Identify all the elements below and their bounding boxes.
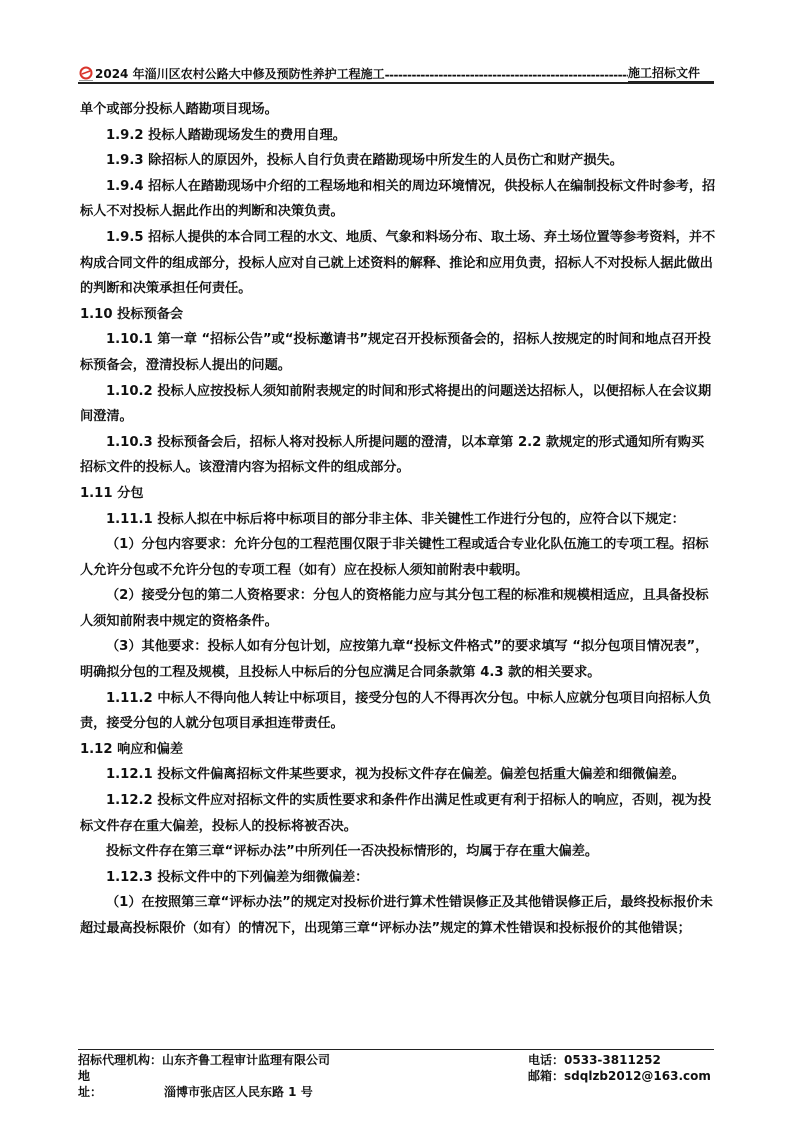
footer-row-address: 地址：淄博市张店区人民东路 1 号 邮箱：sdqlzb2012@163.com: [78, 1068, 714, 1100]
clause-1-9-2: 1.9.2 投标人踏勘现场发生的费用自理。: [80, 123, 716, 149]
page-header: 2024 年淄川区农村公路大中修及预防性养护工程施工 -------------…: [78, 60, 714, 84]
address-value: 淄博市张店区人民东路 1 号: [164, 1085, 313, 1099]
clause-1-9-3: 1.9.3 除招标人的原因外，投标人自行负责在踏勘现场中所发生的人员伤亡和财产损…: [80, 148, 716, 174]
clause-1-9-4: 1.9.4 招标人在踏勘现场中介绍的工程场地和相关的周边环境情况，供投标人在编制…: [80, 174, 716, 225]
section-heading-1-11: 1.11 分包: [80, 481, 716, 507]
subclause-1-12-3-1: （1）在按照第三章“评标办法”的规定对投标价进行算术性错误修正及其他错误修正后，…: [80, 890, 716, 941]
company-logo-icon: [78, 66, 94, 82]
subclause-1-11-1-2: （2）接受分包的第二人资格要求：分包人的资格能力应与其分包工程的标准和规模相适应…: [80, 583, 716, 634]
clause-1-9-5: 1.9.5 招标人提供的本合同工程的水文、地质、气象和料场分布、取土场、弃土场位…: [80, 225, 716, 302]
agency-name: 山东齐鲁工程审计监理有限公司: [162, 1053, 330, 1067]
clause-1-12-2: 1.12.2 投标文件应对招标文件的实质性要求和条件作出满足性或更有利于招标人的…: [80, 788, 716, 839]
section-heading-1-10: 1.10 投标预备会: [80, 302, 716, 328]
agency-label: 招标代理机构：: [78, 1053, 162, 1067]
subclause-1-11-1-3: （3）其他要求：投标人如有分包计划，应按第九章“投标文件格式”的要求填写 “拟分…: [80, 634, 716, 685]
document-type: 施工招标文件: [628, 64, 714, 82]
document-body: 单个或部分投标人踏勘项目现场。 1.9.2 投标人踏勘现场发生的费用自理。 1.…: [80, 97, 716, 942]
document-title: 2024 年淄川区农村公路大中修及预防性养护工程施工: [95, 65, 385, 82]
clause-1-11-2: 1.11.2 中标人不得向他人转让中标项目，接受分包的人不得再次分包。中标人应就…: [80, 686, 716, 737]
email-address[interactable]: sdqlzb2012@163.com: [564, 1069, 711, 1083]
section-heading-1-12: 1.12 响应和偏差: [80, 737, 716, 763]
subclause-1-11-1-1: （1）分包内容要求：允许分包的工程范围仅限于非关键性工程或适合专业化队伍施工的专…: [80, 532, 716, 583]
address-label-b: 址：: [78, 1085, 102, 1099]
email-label: 邮箱：: [528, 1069, 564, 1083]
paragraph-continuation: 单个或部分投标人踏勘项目现场。: [80, 97, 716, 123]
clause-1-12-3: 1.12.3 投标文件中的下列偏差为细微偏差：: [80, 865, 716, 891]
clause-1-10-2: 1.10.2 投标人应按投标人须知前附表规定的时间和形式将提出的问题送达招标人，…: [80, 379, 716, 430]
page-footer: 招标代理机构：山东齐鲁工程审计监理有限公司 电话：0533-3811252 地址…: [78, 1049, 714, 1100]
phone-number: 0533-3811252: [564, 1053, 661, 1067]
clause-1-10-3: 1.10.3 投标预备会后，招标人将对投标人所提问题的澄清，以本章第 2.2 款…: [80, 430, 716, 481]
clause-1-12-1: 1.12.1 投标文件偏离招标文件某些要求，视为投标文件存在偏差。偏差包括重大偏…: [80, 762, 716, 788]
clause-1-10-1: 1.10.1 第一章 “招标公告”或“投标邀请书”规定召开投标预备会的，招标人按…: [80, 327, 716, 378]
clause-1-11-1: 1.11.1 投标人拟在中标后将中标项目的部分非主体、非关键性工作进行分包的，应…: [80, 507, 716, 533]
header-dash-leader: ----------------------------------------…: [385, 68, 628, 82]
address-label-a: 地: [78, 1068, 152, 1084]
phone-label: 电话：: [528, 1053, 564, 1067]
footer-row-agency: 招标代理机构：山东齐鲁工程审计监理有限公司 电话：0533-3811252: [78, 1052, 714, 1068]
clause-1-12-2-note: 投标文件存在第三章“评标办法”中所列任一否决投标情形的，均属于存在重大偏差。: [80, 839, 716, 865]
